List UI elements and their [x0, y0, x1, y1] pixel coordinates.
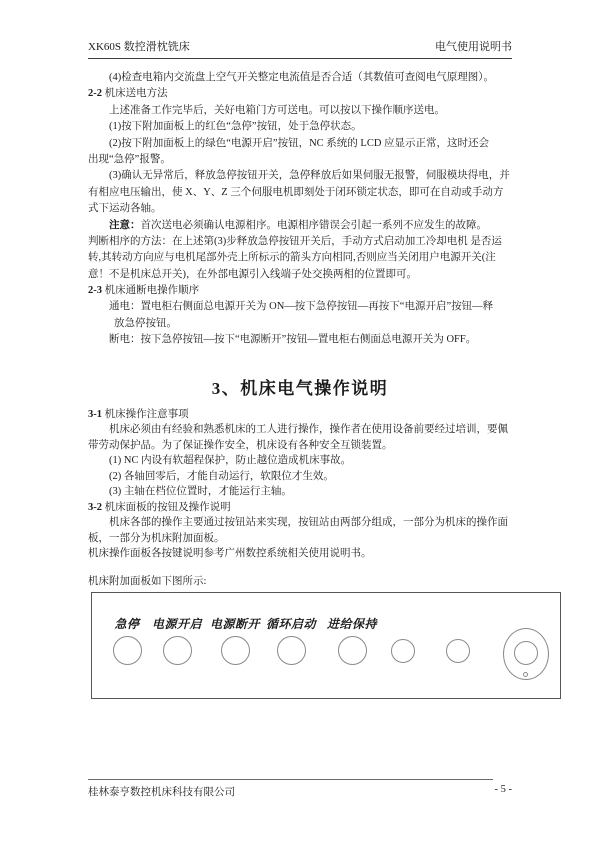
section-2-3-title: 2-3 机床通断电操作顺序 [88, 283, 512, 299]
text-line: 出现“急停”报警。 [88, 152, 512, 168]
text-line: 通电：置电柜右侧面总电源开关为 ON—按下急停按钮—再按下“电源开启”按钮—释 [88, 299, 512, 315]
feed-hold-button-circle [338, 636, 367, 665]
text-line: 放急停按钮。 [88, 316, 512, 332]
text-line: 式下运动各轴。 [88, 201, 512, 217]
power-on-button-circle [163, 636, 192, 665]
text-line: (3)确认无异常后，释放急停按钮开关，急停释放后如果伺服无报警，伺服模块得电，并 [88, 168, 512, 184]
text-line: 板，一部分为机床附加面板。 [88, 531, 512, 547]
power-on-label: 电源开启 [152, 615, 202, 632]
text-line: 意！不是机床总开关)，在外部电源引入线端子处交换两相的位置即可。 [88, 267, 512, 283]
rotary-knob [503, 628, 549, 680]
document-body: (4)检查电箱内交流盘上空气开关整定电流值是否合适（其数值可查阅电气原理图）。 … [88, 70, 512, 589]
power-off-label: 电源断开 [210, 615, 260, 632]
header-left-title: XK60S 数控滑枕铣床 [88, 38, 190, 54]
text-line: 转,其转动方向应与电机尾部外壳上所标示的箭头方向相同,否则应当关闭用户电源开关(… [88, 250, 512, 266]
rotary-knob-inner-circle [514, 641, 538, 665]
section-2-2-title: 2-2 机床送电方法 [88, 86, 512, 102]
text-line: 机床各部的操作主要通过按钮站来实现，按钮站由两部分组成，一部分为机床的操作面 [88, 515, 512, 531]
text-line: 断电：按下急停按钮—按下“电源断开”按钮—置电柜右侧面总电源开关为 OFF。 [88, 332, 512, 348]
text-line: 机床操作面板各按键说明参考广州数控系统相关使用说明书。 [88, 546, 512, 562]
text-line: (2)按下附加面板上的绿色“电源开启”按钮，NC 系统的 LCD 应显示正常，这… [88, 136, 512, 152]
text-line: (3) 主轴在档位位置时，才能运行主轴。 [88, 484, 512, 500]
figure-caption: 机床附加面板如下图所示: [88, 574, 512, 590]
emergency-stop-button-circle [113, 636, 142, 665]
section-3-2-title: 3-2 机床面板的按钮及操作说明 [88, 500, 512, 516]
manual-page: XK60S 数控滑枕铣床 电气使用说明书 (4)检查电箱内交流盘上空气开关整定电… [0, 0, 600, 848]
feed-hold-label: 进给保持 [327, 615, 377, 632]
power-off-button-circle [221, 636, 250, 665]
header-right-title: 电气使用说明书 [435, 38, 512, 54]
text-line: (4)检查电箱内交流盘上空气开关整定电流值是否合适（其数值可查阅电气原理图）。 [88, 70, 512, 86]
page-header: XK60S 数控滑枕铣床 电气使用说明书 [88, 38, 512, 59]
text-line: (1)按下附加面板上的红色“急停”按钮，处于急停状态。 [88, 119, 512, 135]
rotary-knob-dot [523, 672, 528, 677]
section-3: 3-1 机床操作注意事项 机床必须由有经验和熟悉机床的工人进行操作，操作者在使用… [88, 407, 512, 590]
section-3-heading: 3、机床电气操作说明 [88, 378, 512, 400]
cycle-start-label: 循环启动 [266, 615, 316, 632]
section-3-1-title: 3-1 机床操作注意事项 [88, 407, 512, 423]
text-line: 有相应电压输出，使 X、Y、Z 三个伺服电机即刻处于闭环锁定状态，即可在自动或手… [88, 185, 512, 201]
emergency-stop-label: 急停 [114, 615, 139, 632]
footer-page-number: - 5 - [495, 784, 513, 799]
page-footer: 桂林泰亨数控机床科技有限公司 - 5 - [88, 779, 512, 799]
notice-line: 注意：首次送电必须确认电源相序。电源相序错误会引起一系列不应发生的故障。 [88, 218, 512, 234]
text-line: 上述准备工作完毕后，关好电箱门方可送电。可以按以下操作顺序送电。 [88, 103, 512, 119]
spare-button-circle [391, 639, 415, 663]
text-line: 机床必须由有经验和熟悉机床的工人进行操作，操作者在使用设备前要经过培训，要佩 [88, 422, 512, 438]
footer-company-name: 桂林泰亨数控机床科技有限公司 [88, 784, 235, 799]
text-line: 带劳动保护品。为了保证操作安全，机床设有各种安全互锁装置。 [88, 438, 512, 454]
text-line: (1) NC 内设有软超程保护，防止越位造成机床事故。 [88, 453, 512, 469]
cycle-start-button-circle [277, 636, 306, 665]
auxiliary-panel-diagram: 急停 电源开启 电源断开 循环启动 进给保持 [91, 592, 561, 699]
spare-button-circle [446, 639, 470, 663]
text-line: 判断相序的方法：在上述第(3)步释放急停按钮开关后，手动方式启动加工冷却电机 是… [88, 234, 512, 250]
text-line: (2) 各轴回零后，才能自动运行，软限位才生效。 [88, 469, 512, 485]
section-2: (4)检查电箱内交流盘上空气开关整定电流值是否合适（其数值可查阅电气原理图）。 … [88, 70, 512, 349]
